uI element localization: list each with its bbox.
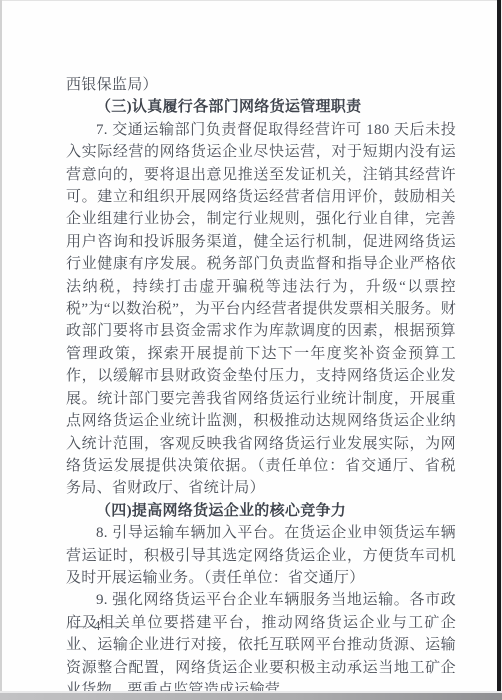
section-heading-4: （四)提高网络货运企业的核心竞争力	[66, 500, 456, 522]
paragraph-item-7: 7. 交通运输部门负责督促取得经营许可 180 天后未投入实际经营的网络货运企业…	[66, 119, 456, 500]
scan-edge-left	[0, 0, 2, 700]
section-heading-3: （三)认真履行各部门网络货运管理职责	[66, 96, 456, 118]
document-text-block: 西银保监局） （三)认真履行各部门网络货运管理职责 7. 交通运输部门负责督促取…	[66, 74, 456, 700]
document-page: 西银保监局） （三)认真履行各部门网络货运管理职责 7. 交通运输部门负责督促取…	[0, 0, 502, 700]
paragraph-item-9: 9. 强化网络货运平台企业车辆服务当地运输。各市政府及相关单位要搭建平台，推动网…	[66, 589, 456, 700]
page-number: — 4 —	[72, 619, 124, 635]
scan-edge-top	[0, 0, 502, 1]
paragraph-item-8: 8. 引导运输车辆加入平台。在货运企业申领货运车辆营运证时，积极引导其选定网络货…	[66, 522, 456, 589]
continuation-line: 西银保监局）	[66, 74, 456, 96]
scan-edge-bottom	[0, 693, 502, 700]
scan-edge-right	[497, 0, 501, 700]
